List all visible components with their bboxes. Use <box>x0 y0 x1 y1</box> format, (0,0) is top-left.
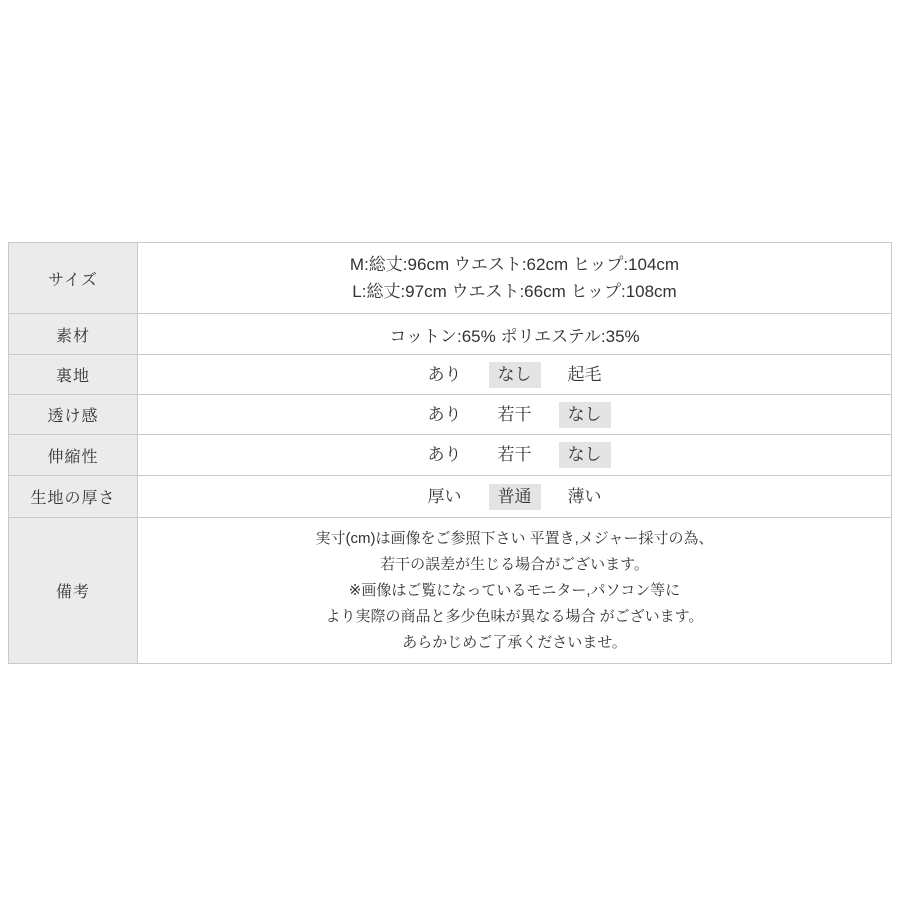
row-value-material: コットン:65% ポリエステル:35% <box>138 314 892 355</box>
row-value-stretch: あり若干なし <box>138 435 892 476</box>
thickness-option: 厚い <box>419 484 471 510</box>
stretch-option: 若干 <box>489 442 541 468</box>
row-value-sheerness: あり若干なし <box>138 395 892 435</box>
row-label-lining: 裏地 <box>9 355 138 395</box>
material-value-text: コットン:65% ポリエステル:35% <box>389 327 639 346</box>
row-label-stretch: 伸縮性 <box>9 435 138 476</box>
sheerness-option-selected: なし <box>559 402 611 428</box>
product-spec-table: サイズM:総丈:96cm ウエスト:62cm ヒップ:104cmL:総丈:97c… <box>8 242 892 664</box>
size-line: M:総丈:96cm ウエスト:62cm ヒップ:104cm <box>138 251 891 278</box>
notes-line: ※画像はご覧になっているモニター,パソコン等に <box>138 578 891 604</box>
stretch-option: あり <box>419 442 471 468</box>
lining-option-selected: なし <box>489 362 541 388</box>
spec-row-thickness: 生地の厚さ厚い普通薄い <box>9 476 892 518</box>
notes-line: より実際の商品と多少色味が異なる場合 がございます。 <box>138 604 891 630</box>
row-label-sheerness: 透け感 <box>9 395 138 435</box>
spec-row-notes: 備考実寸(cm)は画像をご参照下さい 平置き,メジャー採寸の為、若干の誤差が生じ… <box>9 518 892 664</box>
row-label-notes: 備考 <box>9 518 138 664</box>
thickness-option-group: 厚い普通薄い <box>138 484 891 510</box>
row-value-lining: ありなし起毛 <box>138 355 892 395</box>
spec-row-stretch: 伸縮性あり若干なし <box>9 435 892 476</box>
row-value-size: M:総丈:96cm ウエスト:62cm ヒップ:104cmL:総丈:97cm ウ… <box>138 243 892 314</box>
notes-line: あらかじめご了承くださいませ。 <box>138 630 891 656</box>
thickness-option-selected: 普通 <box>489 484 541 510</box>
sheerness-option-group: あり若干なし <box>138 402 891 428</box>
stretch-option-group: あり若干なし <box>138 442 891 468</box>
row-label-thickness: 生地の厚さ <box>9 476 138 518</box>
thickness-option: 薄い <box>559 484 611 510</box>
spec-table: サイズM:総丈:96cm ウエスト:62cm ヒップ:104cmL:総丈:97c… <box>8 242 892 664</box>
row-label-material: 素材 <box>9 314 138 355</box>
lining-option-group: ありなし起毛 <box>138 362 891 388</box>
sheerness-option: あり <box>419 402 471 428</box>
size-line: L:総丈:97cm ウエスト:66cm ヒップ:108cm <box>138 278 891 305</box>
spec-row-lining: 裏地ありなし起毛 <box>9 355 892 395</box>
lining-option: 起毛 <box>559 362 611 388</box>
notes-line: 実寸(cm)は画像をご参照下さい 平置き,メジャー採寸の為、 <box>138 526 891 552</box>
spec-row-sheerness: 透け感あり若干なし <box>9 395 892 435</box>
sheerness-option: 若干 <box>489 402 541 428</box>
row-label-size: サイズ <box>9 243 138 314</box>
row-value-notes: 実寸(cm)は画像をご参照下さい 平置き,メジャー採寸の為、若干の誤差が生じる場… <box>138 518 892 664</box>
spec-row-size: サイズM:総丈:96cm ウエスト:62cm ヒップ:104cmL:総丈:97c… <box>9 243 892 314</box>
stretch-option-selected: なし <box>559 442 611 468</box>
spec-row-material: 素材コットン:65% ポリエステル:35% <box>9 314 892 355</box>
lining-option: あり <box>419 362 471 388</box>
row-value-thickness: 厚い普通薄い <box>138 476 892 518</box>
notes-line: 若干の誤差が生じる場合がございます。 <box>138 552 891 578</box>
